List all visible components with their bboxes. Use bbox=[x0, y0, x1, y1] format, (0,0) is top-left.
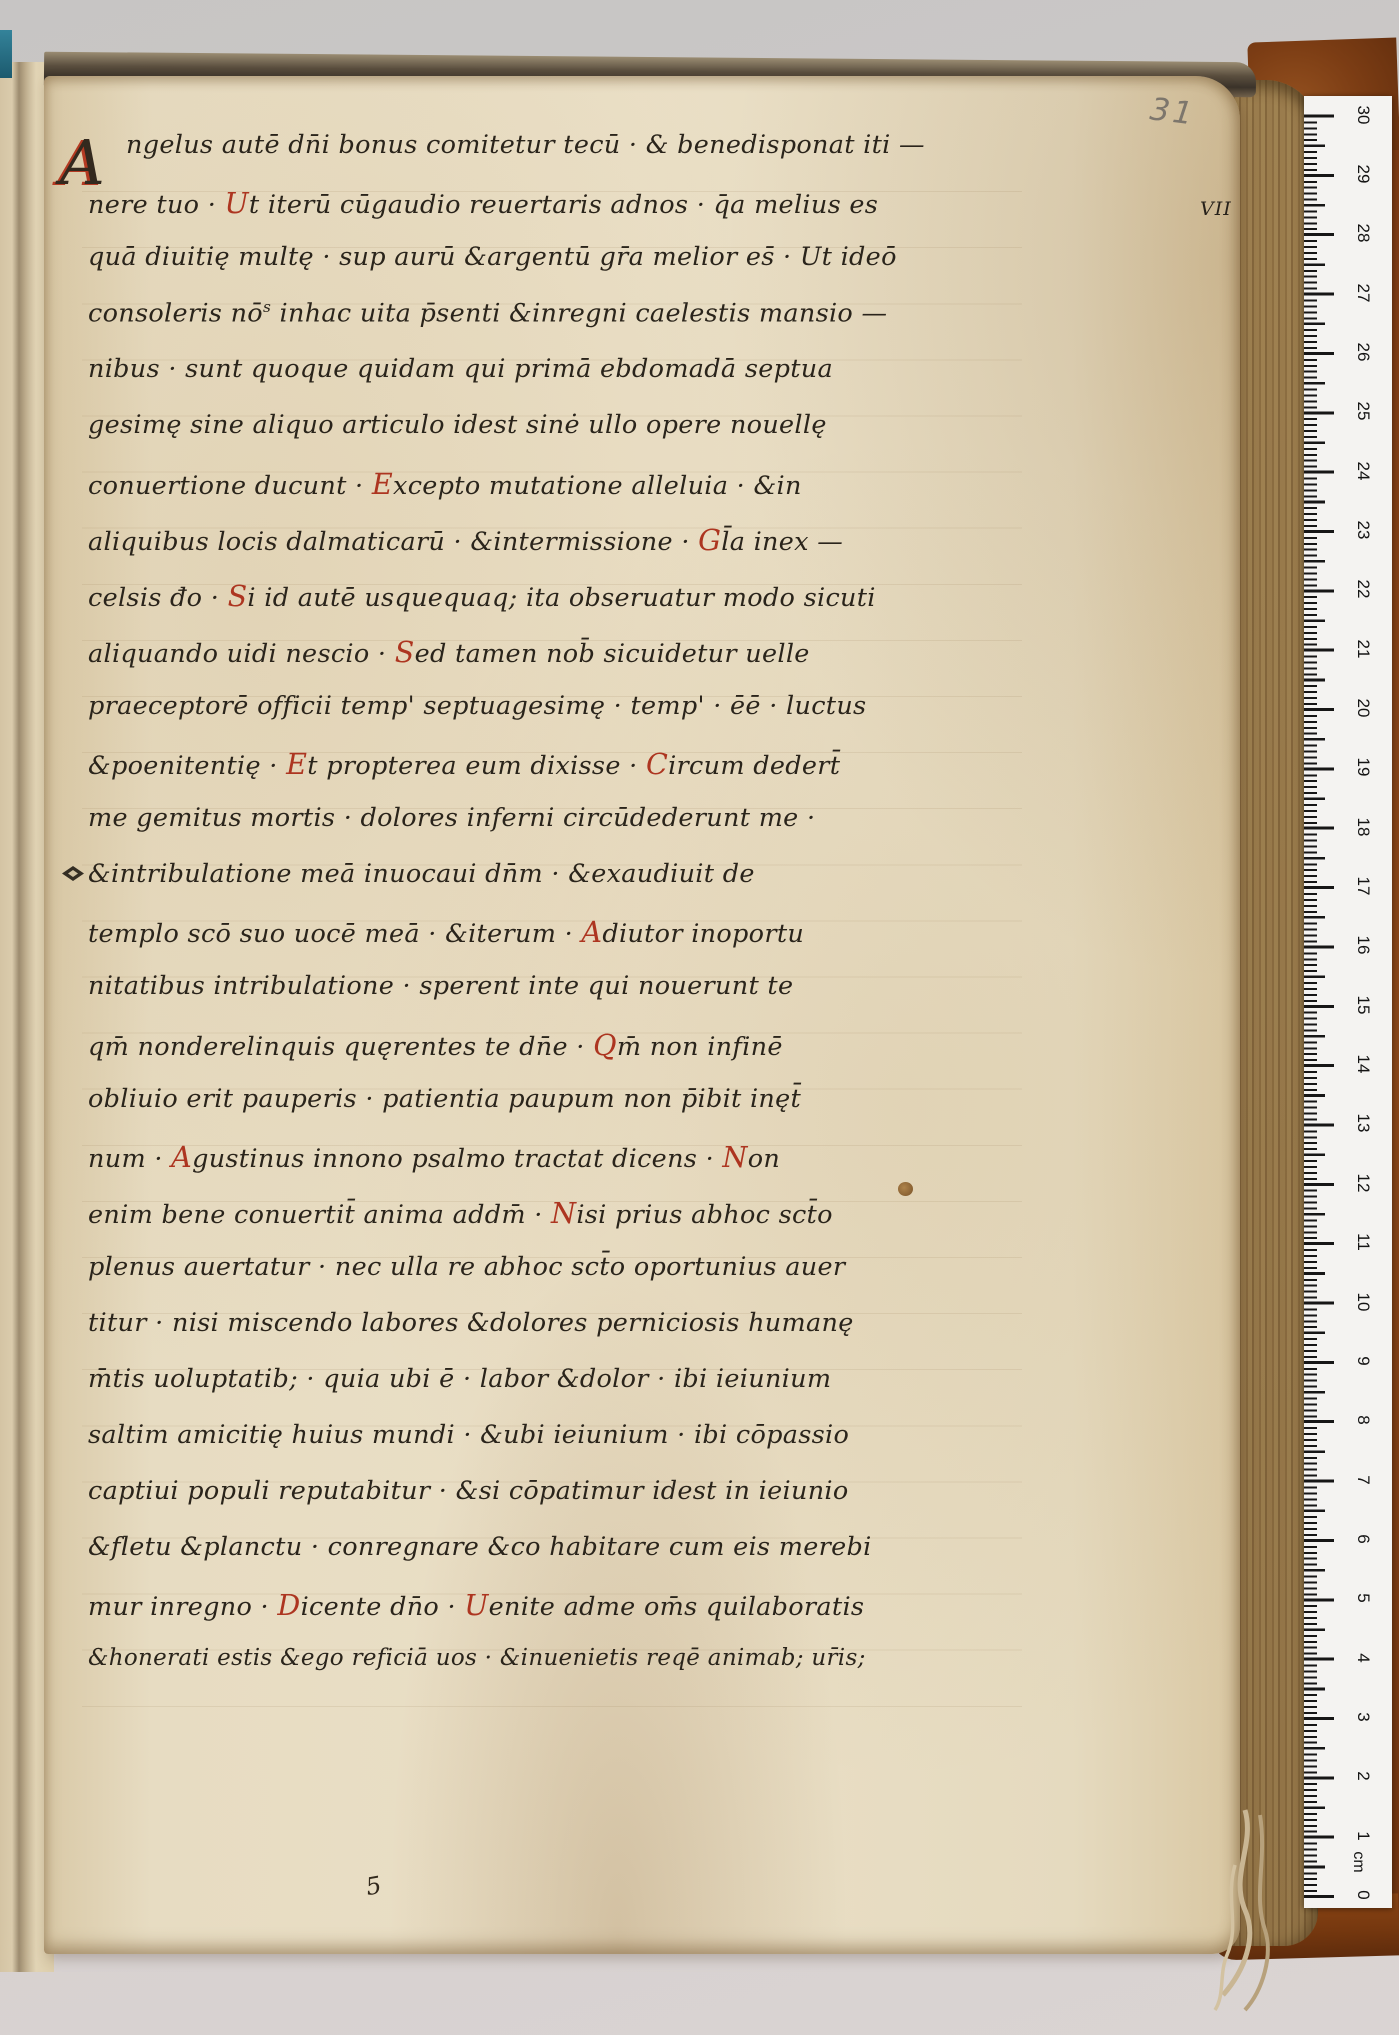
ruler-number: 18 bbox=[1349, 812, 1373, 842]
text-segment: &fletu &planctu · conregnare &co habitar… bbox=[88, 1532, 872, 1562]
text-segment: gesimę sine aliquo articulo idest sinė u… bbox=[88, 410, 827, 440]
text-segment: obliuio erit pauperis · patientia paupum… bbox=[88, 1084, 801, 1114]
text-segment: s bbox=[263, 298, 271, 316]
text-line: &honerati estis &ego reficiā uos · &inue… bbox=[88, 1645, 1088, 1701]
text-segment: conuertione ducunt · bbox=[88, 471, 372, 501]
text-segment: U bbox=[225, 186, 249, 220]
text-line: mur inregno · Dicente dn̄o · Uenite adme… bbox=[88, 1588, 1088, 1644]
quire-mark: VII bbox=[1200, 198, 1232, 220]
text-segment: t iterū cūgaudio reuertaris adnos · q̄a … bbox=[249, 190, 878, 220]
text-segment: quā diuitię multę · sup aurū &argentū gr… bbox=[88, 242, 897, 272]
text-segment: A bbox=[171, 1140, 192, 1174]
text-line: &poenitentię · Et propterea eum dixisse … bbox=[88, 747, 1088, 803]
ruler-number: 11 bbox=[1349, 1227, 1373, 1257]
text-segment: diutor inoportu bbox=[602, 919, 804, 949]
ruler-number: 19 bbox=[1349, 752, 1373, 782]
ruler-number: 23 bbox=[1349, 515, 1373, 545]
ruler-number: 7 bbox=[1349, 1465, 1373, 1495]
text-line: captiui populi reputabitur · &si cōpatim… bbox=[88, 1476, 1088, 1532]
text-segment: me gemitus mortis · dolores inferni circ… bbox=[88, 803, 815, 833]
ruler-number: 24 bbox=[1349, 456, 1373, 486]
ruler-number: 27 bbox=[1349, 278, 1373, 308]
text-segment: praeceptorē officii temp' septuagesimę ·… bbox=[88, 691, 866, 721]
text-segment: &honerati estis &ego reficiā uos · &inue… bbox=[88, 1645, 866, 1671]
ruler-number: 9 bbox=[1349, 1346, 1373, 1376]
text-line: enim bene conuertit̄ anima addm̄ · Nisi … bbox=[88, 1196, 1088, 1252]
text-segment: qm̄ nonderelinquis quęrentes te dn̄e · bbox=[88, 1032, 593, 1062]
text-segment: aliquando uidi nescio · bbox=[88, 639, 395, 669]
text-segment: gustinus innono psalmo tractat dicens · bbox=[192, 1144, 722, 1174]
ruler-number: 1 bbox=[1349, 1821, 1373, 1851]
text-segment: num · bbox=[88, 1144, 171, 1174]
text-block: ngelus autē dn̄i bonus comitetur tecū · … bbox=[88, 130, 1088, 1701]
text-line: quā diuitię multę · sup aurū &argentū gr… bbox=[88, 242, 1088, 298]
text-line: saltim amicitię huius mundi · &ubi ieiun… bbox=[88, 1420, 1088, 1476]
text-segment: captiui populi reputabitur · &si cōpatim… bbox=[88, 1476, 849, 1506]
text-segment: plenus auertatur · nec ulla re abhoc sct… bbox=[88, 1252, 845, 1282]
ruler-number: 26 bbox=[1349, 337, 1373, 367]
text-segment: saltim amicitię huius mundi · &ubi ieiun… bbox=[88, 1420, 849, 1450]
ruler-number: 13 bbox=[1349, 1108, 1373, 1138]
text-segment: on bbox=[748, 1144, 780, 1174]
text-line: obliuio erit pauperis · patientia paupum… bbox=[88, 1084, 1088, 1140]
text-segment: t propterea eum dixisse · bbox=[307, 751, 646, 781]
text-line: num · Agustinus innono psalmo tractat di… bbox=[88, 1140, 1088, 1196]
ruler-unit-label: cm bbox=[1343, 1847, 1367, 1877]
text-line: nibus · sunt quoque quidam qui primā ebd… bbox=[88, 354, 1088, 410]
text-segment: S bbox=[228, 579, 248, 613]
text-segment: icente dn̄o · bbox=[301, 1592, 465, 1622]
text-segment: enim bene conuertit̄ anima addm̄ · bbox=[88, 1200, 551, 1230]
text-segment: &intribulatione meā inuocaui dn̄m · &exa… bbox=[88, 859, 755, 889]
text-line: m̄tis uoluptatib; · quia ubi ē · labor &… bbox=[88, 1364, 1088, 1420]
ruler-number: 22 bbox=[1349, 574, 1373, 604]
text-line: celsis đo · Si id autē usquequaq; ita ob… bbox=[88, 579, 1088, 635]
text-line: me gemitus mortis · dolores inferni circ… bbox=[88, 803, 1088, 859]
text-segment: m̄tis uoluptatib; · quia ubi ē · labor &… bbox=[88, 1364, 831, 1394]
stain-spot bbox=[898, 1182, 913, 1196]
ruler-number: 2 bbox=[1349, 1761, 1373, 1791]
text-line: titur · nisi miscendo labores &dolores p… bbox=[88, 1308, 1088, 1364]
text-line: nitatibus intribulatione · sperent inte … bbox=[88, 971, 1088, 1027]
text-segment: nere tuo · bbox=[88, 190, 225, 220]
ruler-number: 0 bbox=[1349, 1880, 1373, 1910]
text-segment: ed tamen nob̄ sicuidetur uelle bbox=[415, 639, 810, 669]
text-line: &intribulatione meā inuocaui dn̄m · &exa… bbox=[88, 859, 1088, 915]
text-line: conuertione ducunt · Excepto mutatione a… bbox=[88, 467, 1088, 523]
text-segment: titur · nisi miscendo labores &dolores p… bbox=[88, 1308, 854, 1338]
ruler-number: 29 bbox=[1349, 159, 1373, 189]
ruler-number: 5 bbox=[1349, 1583, 1373, 1613]
ruler-number: 20 bbox=[1349, 693, 1373, 723]
text-segment: &poenitentię · bbox=[88, 751, 286, 781]
text-line: ngelus autē dn̄i bonus comitetur tecū · … bbox=[88, 130, 1088, 186]
ruler-number: 8 bbox=[1349, 1405, 1373, 1435]
text-segment: templo scō suo uocē meā · &iterum · bbox=[88, 919, 581, 949]
text-segment: U bbox=[464, 1588, 488, 1622]
binding-threads bbox=[1095, 1805, 1325, 2025]
ruler-number: 12 bbox=[1349, 1168, 1373, 1198]
text-line: &fletu &planctu · conregnare &co habitar… bbox=[88, 1532, 1088, 1588]
folio-number: 31 bbox=[1148, 91, 1198, 132]
text-segment: l̄a inex — bbox=[721, 527, 843, 557]
ruler-number: 28 bbox=[1349, 218, 1373, 248]
text-segment: Q bbox=[593, 1028, 617, 1062]
ruler-number: 30 bbox=[1349, 100, 1373, 130]
text-line: aliquando uidi nescio · Sed tamen nob̄ s… bbox=[88, 635, 1088, 691]
text-line: consoleris nōs inhac uita p̄senti &inreg… bbox=[88, 298, 1088, 354]
text-line: aliquibus locis dalmaticarū · &intermiss… bbox=[88, 523, 1088, 579]
text-segment: isi prius abhoc sct̄o bbox=[576, 1200, 832, 1230]
ruler-number: 25 bbox=[1349, 396, 1373, 426]
text-line: qm̄ nonderelinquis quęrentes te dn̄e · Q… bbox=[88, 1028, 1088, 1084]
ruler-number: 14 bbox=[1349, 1049, 1373, 1079]
text-segment: consoleris nō bbox=[88, 299, 263, 329]
text-segment: A bbox=[581, 915, 602, 949]
text-line: gesimę sine aliquo articulo idest sinė u… bbox=[88, 410, 1088, 466]
blue-bookmark-tab bbox=[0, 30, 12, 78]
ruler-number: 6 bbox=[1349, 1524, 1373, 1554]
text-segment: D bbox=[277, 1588, 300, 1622]
ruler-number: 21 bbox=[1349, 634, 1373, 664]
text-segment: xcepto mutatione alleluia · &in bbox=[393, 471, 802, 501]
ruler-number: 4 bbox=[1349, 1643, 1373, 1673]
text-segment: ircum dedert̄ bbox=[668, 751, 840, 781]
ruler: cm 0123456789101112131415161718192021222… bbox=[1304, 96, 1392, 1908]
text-segment: mur inregno · bbox=[88, 1592, 277, 1622]
text-segment: C bbox=[646, 747, 668, 781]
ruler-number: 3 bbox=[1349, 1702, 1373, 1732]
text-line: nere tuo · Ut iterū cūgaudio reuertaris … bbox=[88, 186, 1088, 242]
ruler-number: 17 bbox=[1349, 871, 1373, 901]
text-line: praeceptorē officii temp' septuagesimę ·… bbox=[88, 691, 1088, 747]
ruler-number: 16 bbox=[1349, 930, 1373, 960]
text-segment: celsis đo · bbox=[88, 583, 228, 613]
text-segment: enite adme om̄s quilaboratis bbox=[489, 1592, 865, 1622]
text-segment: G bbox=[698, 523, 721, 557]
text-segment: aliquibus locis dalmaticarū · &intermiss… bbox=[88, 527, 698, 557]
text-segment: ngelus autē dn̄i bonus comitetur tecū · … bbox=[126, 130, 925, 160]
text-segment: E bbox=[286, 747, 307, 781]
text-segment: S bbox=[395, 635, 415, 669]
text-segment: i id autē usquequaq; ita obseruatur modo… bbox=[247, 583, 875, 613]
text-segment: N bbox=[551, 1196, 576, 1230]
text-line: templo scō suo uocē meā · &iterum · Adiu… bbox=[88, 915, 1088, 971]
text-segment: m̄ non infinē bbox=[617, 1032, 783, 1062]
text-line: plenus auertatur · nec ulla re abhoc sct… bbox=[88, 1252, 1088, 1308]
text-segment: E bbox=[372, 467, 393, 501]
text-segment: N bbox=[722, 1140, 747, 1174]
ruler-number: 15 bbox=[1349, 990, 1373, 1020]
ruler-tick-scale bbox=[1304, 112, 1392, 1898]
text-segment: inhac uita p̄senti &inregni caelestis ma… bbox=[271, 299, 887, 329]
text-segment: nibus · sunt quoque quidam qui primā ebd… bbox=[88, 354, 833, 384]
ruler-number: 10 bbox=[1349, 1287, 1373, 1317]
text-segment: nitatibus intribulatione · sperent inte … bbox=[88, 971, 793, 1001]
